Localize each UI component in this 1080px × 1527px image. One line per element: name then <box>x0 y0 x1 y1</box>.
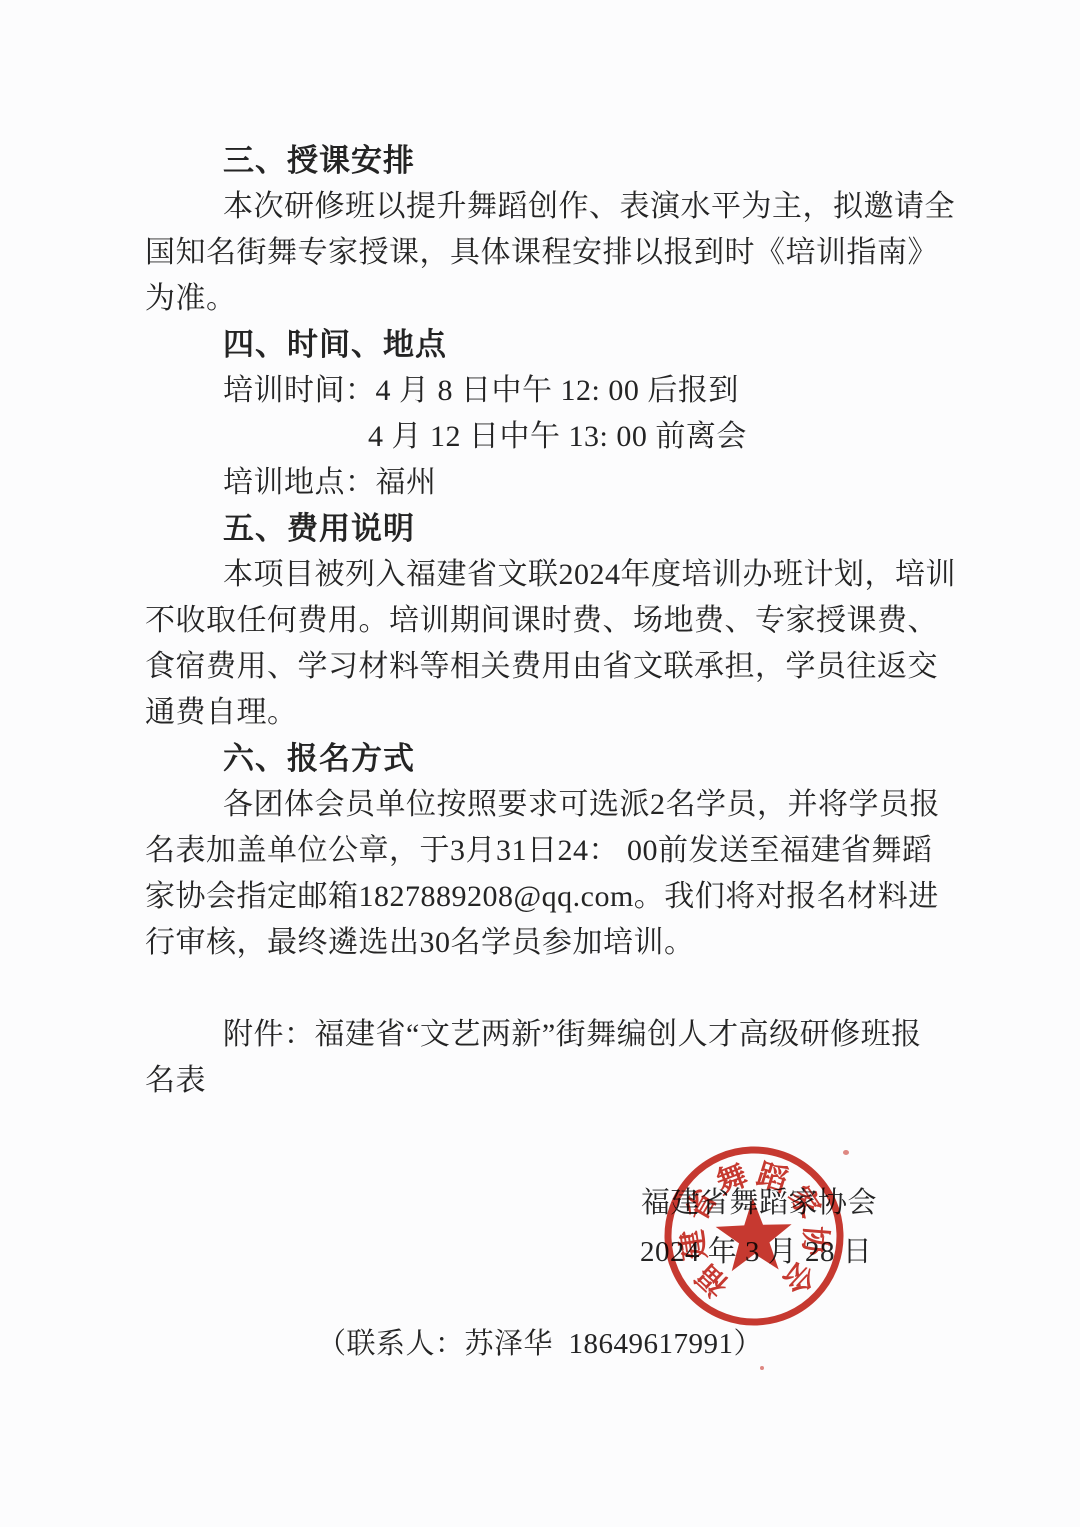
heading-time-location: 四、时间、地点 <box>145 322 945 368</box>
document-page: 三、授课安排 本次研修班以提升舞蹈创作、表演水平为主，拟邀请全 国知名街舞专家授… <box>0 0 1080 1527</box>
attachment-note: 附件：福建省“文艺两新”街舞编创人才高级研修班报 <box>145 1012 945 1058</box>
seal-ring-char: 蹈 <box>753 1158 791 1198</box>
body-line: 本项目被列入福建省文联2024年度培训办班计划，培训 <box>145 552 945 598</box>
contact-line: （联系人：苏泽华 18649617991） <box>0 1327 1080 1361</box>
email-line: 家协会指定邮箱1827889208@qq.com。我们将对报名材料进 <box>145 874 945 920</box>
training-location-line: 培训地点：福州 <box>145 460 945 506</box>
seal-star <box>715 1197 793 1272</box>
heading-registration: 六、报名方式 <box>145 736 945 782</box>
training-time-line-2: 4 月 12 日中午 13: 00 前离会 <box>145 414 945 460</box>
seal-ink-speck <box>843 1150 849 1155</box>
seal-ring-char: 家 <box>782 1180 826 1223</box>
official-seal: 福 建 省 舞 蹈 家 协 会 <box>658 1140 850 1332</box>
seal-ring-char: 省 <box>680 1184 724 1227</box>
body-line: 为准。 <box>145 276 945 322</box>
seal-ring-char: 协 <box>797 1224 832 1257</box>
blank-line <box>145 966 945 1012</box>
document-body: 三、授课安排 本次研修班以提升舞蹈创作、表演水平为主，拟邀请全 国知名街舞专家授… <box>145 138 945 1104</box>
seal-ring-char: 舞 <box>712 1158 752 1201</box>
body-line: 本次研修班以提升舞蹈创作、表演水平为主，拟邀请全 <box>145 184 945 230</box>
body-line: 通费自理。 <box>145 690 945 736</box>
seal-ring-char: 建 <box>676 1228 713 1262</box>
body-line: 各团体会员单位按照要求可选派2名学员，并将学员报 <box>145 782 945 828</box>
training-time-line: 培训时间：4 月 8 日中午 12: 00 后报到 <box>145 368 945 414</box>
heading-fees: 五、费用说明 <box>145 506 945 552</box>
attachment-note-2: 名表 <box>145 1058 945 1104</box>
body-line: 不收取任何费用。培训期间课时费、场地费、专家授课费、 <box>145 598 945 644</box>
body-line: 行审核，最终遴选出30名学员参加培训。 <box>145 920 945 966</box>
body-line: 国知名街舞专家授课，具体课程安排以报到时《培训指南》 <box>145 230 945 276</box>
heading-class-arrangement: 三、授课安排 <box>145 138 945 184</box>
seal-ink-speck <box>760 1366 764 1370</box>
body-line: 食宿费用、学习材料等相关费用由省文联承担，学员往返交 <box>145 644 945 690</box>
body-line: 名表加盖单位公章，于3月31日24： 00前发送至福建省舞蹈 <box>145 828 945 874</box>
